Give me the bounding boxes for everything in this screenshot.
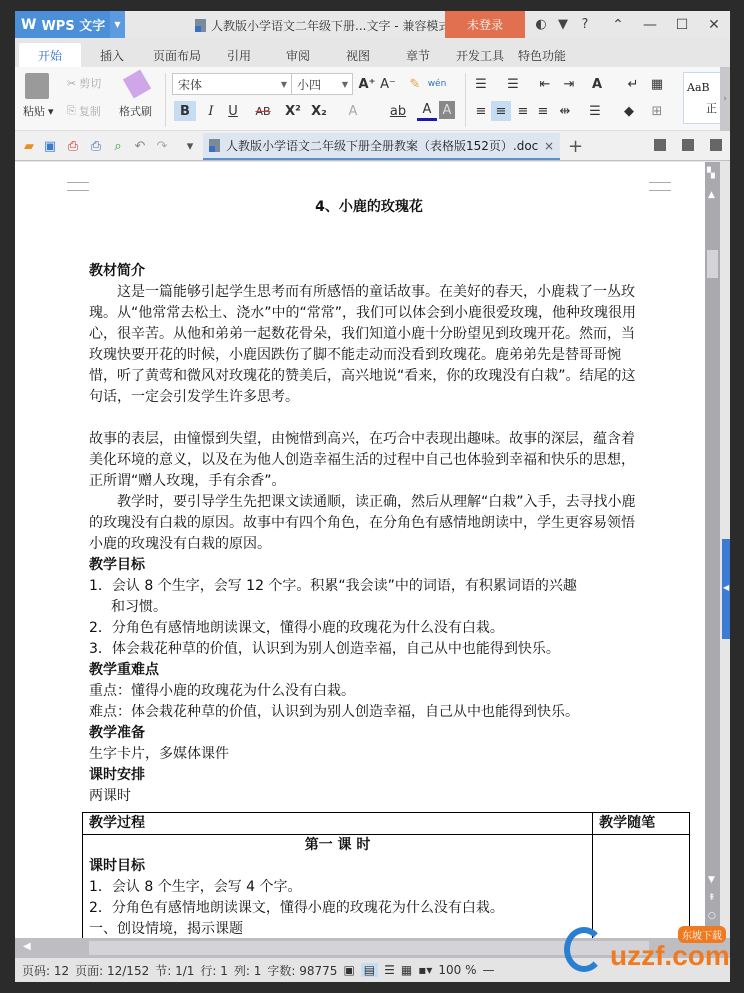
- tab-insert[interactable]: 插入: [81, 43, 143, 67]
- phonetic-guide-button[interactable]: wén: [427, 74, 447, 94]
- section-heading: 教学目标: [89, 555, 145, 576]
- login-button[interactable]: 未登录: [445, 11, 525, 38]
- app-name: WPS 文字: [41, 15, 105, 34]
- redo-icon[interactable]: ↷: [154, 138, 170, 154]
- quick-access-toolbar: ▰ ▣ ⎙ ⎙ ⌕ ↶ ↷ ▾ 人教版小学语文二年级下册全册教案（表格版152页…: [15, 131, 730, 161]
- app-menu-dropdown[interactable]: ▼: [110, 11, 125, 38]
- copy-icon: ⎘: [67, 104, 76, 118]
- objective-heading: 课时目标: [89, 856, 586, 877]
- page-number: 页码: 12: [22, 962, 69, 979]
- tab-chapter[interactable]: 章节: [387, 43, 449, 67]
- help-icon[interactable]: ?: [574, 17, 596, 32]
- paragraph: 生字卡片，多媒体课件: [89, 744, 645, 765]
- section-heading: 教学准备: [89, 723, 145, 744]
- vertical-scrollbar[interactable]: ▚ ▲ ▼ ⇞ ○ ⇟: [705, 162, 720, 938]
- bullets-icon[interactable]: ☰: [471, 74, 491, 94]
- side-panel-toggle[interactable]: ◀: [722, 539, 730, 639]
- section-heading: 教材简介: [89, 261, 145, 282]
- document-page[interactable]: 4、小鹿的玫瑰花 教材简介 这是一篇能够引起学生思考而有所感悟的童话故事。在美好…: [15, 162, 705, 938]
- web-view-icon[interactable]: ▦: [401, 963, 412, 977]
- align-center-icon[interactable]: ≡: [491, 101, 511, 121]
- table-icon[interactable]: ▦: [647, 74, 667, 94]
- highlight-icon[interactable]: ab: [388, 101, 408, 121]
- ribbon-tabs: 开始 插入 页面布局 引用 审阅 视图 章节 开发工具 特色功能: [15, 43, 573, 67]
- lesson-heading: 第一 课 时: [89, 835, 586, 856]
- fullscreen-icon[interactable]: ▣: [343, 963, 354, 977]
- paste-button[interactable]: 粘贴▾: [23, 103, 54, 119]
- numbering-icon[interactable]: ☰: [503, 74, 523, 94]
- watermark-badge: 东坡下载: [678, 926, 726, 943]
- open-folder-icon[interactable]: ▰: [21, 138, 37, 154]
- borders-icon[interactable]: ⊞: [647, 101, 667, 121]
- tab-references[interactable]: 引用: [211, 43, 267, 67]
- undo-icon[interactable]: ↶: [132, 138, 148, 154]
- paragraph: 难点：体会栽花种草的价值，认识到为别人创造幸福，自己从中也能得到快乐。: [89, 702, 645, 723]
- objective-item: 2．分角色有感情地朗读课文，懂得小鹿的玫瑰花为什么没有白栽。: [89, 898, 586, 919]
- section-indicator: 节: 1/1: [155, 962, 194, 979]
- new-tab-button[interactable]: +: [568, 136, 583, 157]
- shirt-icon[interactable]: ▼: [552, 17, 574, 32]
- zoom-out-button[interactable]: —: [483, 963, 495, 977]
- clear-format-button[interactable]: ✎: [405, 74, 425, 94]
- cut-button[interactable]: ✂剪切: [67, 75, 101, 91]
- list-item: 3．体会栽花种草的价值，认识到为别人创造幸福，自己从中也能得到快乐。: [89, 639, 645, 660]
- text-effect-icon[interactable]: A: [343, 101, 363, 121]
- watermark-logo: uzzf.com 东坡下载: [560, 922, 740, 977]
- font-name-select[interactable]: 宋体▼: [172, 73, 292, 95]
- decrease-indent-icon[interactable]: ⇤: [535, 74, 555, 94]
- font-size-value: 小四: [297, 76, 321, 93]
- objective-item: 1．会认 8 个生字，会写 4 个字。: [89, 877, 586, 898]
- save-icon[interactable]: ▣: [42, 138, 58, 154]
- line-spacing-icon[interactable]: ☰: [585, 101, 605, 121]
- align-left-icon[interactable]: ≡: [471, 101, 491, 121]
- paragraph: 重点：懂得小鹿的玫瑰花为什么没有白栽。: [89, 681, 645, 702]
- ribbon-expand-button[interactable]: ›: [720, 67, 730, 131]
- margin-marker: [649, 182, 671, 183]
- show-marks-icon[interactable]: ↵: [623, 74, 643, 94]
- paste-label: 粘贴: [23, 103, 45, 119]
- section-heading: 教学重难点: [89, 660, 159, 681]
- page-view-icon[interactable]: ▤: [361, 963, 378, 977]
- style-preview-text: AaB: [687, 81, 717, 94]
- increase-indent-icon[interactable]: ⇥: [559, 74, 579, 94]
- split-icon[interactable]: ▚: [707, 168, 715, 179]
- scroll-down-icon[interactable]: ▼: [708, 875, 715, 885]
- print-icon[interactable]: ⎙: [88, 138, 104, 154]
- menu-icon[interactable]: [710, 139, 722, 151]
- scroll-up-icon[interactable]: ▲: [708, 190, 715, 200]
- prev-page-icon[interactable]: ⇞: [708, 893, 716, 903]
- ribbon: 粘贴▾ ✂剪切 ⎘复制 格式刷 宋体▼ 小四▼ A⁺ A⁻ ✎ wén B I …: [15, 67, 730, 131]
- cloud-icon[interactable]: [682, 139, 694, 151]
- style-label: 正: [687, 100, 717, 116]
- word-doc-icon: [209, 139, 220, 152]
- layout-icon[interactable]: [654, 139, 666, 151]
- copy-label: 复制: [79, 103, 101, 119]
- format-painter-button[interactable]: 格式刷: [119, 103, 152, 119]
- paste-icon[interactable]: [25, 73, 49, 99]
- styles-gallery[interactable]: AaB正: [683, 72, 721, 124]
- subscript-button[interactable]: X₂: [309, 101, 329, 121]
- margin-marker: [67, 182, 89, 183]
- table-header: 教学过程: [83, 813, 593, 834]
- chevron-down-icon: ▼: [342, 80, 348, 89]
- section-heading: 课时安排: [89, 765, 145, 786]
- char-shading-icon[interactable]: A: [439, 101, 455, 119]
- strikethrough-button[interactable]: AB: [251, 101, 275, 121]
- document-tab[interactable]: 人教版小学语文二年级下册全册教案（表格版152页）.doc×: [203, 133, 560, 160]
- bold-button[interactable]: B: [174, 101, 196, 121]
- paragraph: 故事的表层，由憧憬到失望，由惋惜到高兴，在巧合中表现出趣味。故事的深层，蕴含着美…: [89, 429, 645, 492]
- close-tab-icon[interactable]: ×: [544, 139, 554, 153]
- paragraph: 两课时: [89, 786, 645, 807]
- tab-view[interactable]: 视图: [329, 43, 387, 67]
- line-indicator: 行: 1: [200, 962, 228, 979]
- italic-button[interactable]: I: [201, 101, 221, 121]
- lesson-title: 4、小鹿的玫瑰花: [89, 197, 649, 218]
- cut-label: 剪切: [79, 75, 101, 91]
- font-size-style-icon[interactable]: A: [587, 74, 607, 94]
- grow-font-button[interactable]: A⁺: [357, 74, 377, 94]
- list-item: 2．分角色有感情地朗读课文，懂得小鹿的玫瑰花为什么没有白栽。: [89, 618, 645, 639]
- wps-window: WWPS 文字 ▼ 人教版小学语文二年级下册...文字 - 兼容模式 未登录 ◐…: [15, 11, 730, 982]
- paragraph-shading-icon[interactable]: ◆: [619, 101, 639, 121]
- table-header: 教学随笔: [593, 813, 689, 834]
- page-count: 页面: 12/152: [75, 962, 149, 979]
- document-tab-label: 人教版小学语文二年级下册全册教案（表格版152页）.doc: [226, 137, 538, 154]
- tab-developer[interactable]: 开发工具: [449, 43, 511, 67]
- list-item: 1．会认 8 个生字，会写 12 个字。积累“我会读”中的词语，有积累词语的兴趣: [89, 576, 645, 597]
- shrink-font-button[interactable]: A⁻: [378, 74, 398, 94]
- paragraph: 教学时，要引导学生先把课文读通顺，读正确，然后从理解“白栽”入手，去寻找小鹿的玫…: [89, 492, 645, 555]
- format-painter-icon[interactable]: [123, 69, 151, 98]
- margin-marker: [649, 190, 671, 191]
- justify-icon[interactable]: ≡: [533, 101, 553, 121]
- minimize-button[interactable]: —: [634, 11, 666, 38]
- tab-page-layout[interactable]: 页面布局: [143, 43, 211, 67]
- wps-logo-icon: W: [21, 17, 36, 33]
- font-color-icon[interactable]: A: [417, 101, 437, 121]
- export-pdf-icon[interactable]: ⎙: [65, 138, 81, 154]
- step-heading: 一、创设情境，揭示课题: [89, 919, 586, 938]
- word-count[interactable]: 字数: 98775: [267, 962, 337, 979]
- superscript-button[interactable]: X²: [283, 101, 303, 121]
- window-title-text: 人教版小学语文二年级下册...文字 - 兼容模式: [211, 17, 450, 34]
- logo-swirl-icon: [564, 927, 604, 972]
- document-icon: [195, 19, 206, 32]
- distributed-icon[interactable]: ⇹: [555, 101, 575, 121]
- list-item-continued: 和习惯。: [89, 597, 645, 618]
- app-menu-button[interactable]: WWPS 文字: [15, 11, 125, 38]
- tab-review[interactable]: 审阅: [267, 43, 329, 67]
- tab-home[interactable]: 开始: [19, 43, 81, 67]
- align-right-icon[interactable]: ≡: [513, 101, 533, 121]
- print-preview-icon[interactable]: ⌕: [110, 138, 126, 154]
- lesson-table: 教学过程 教学随笔 第一 课 时 课时目标 1．会认 8 个生字，会写 4 个字…: [82, 812, 690, 938]
- zoom-level[interactable]: 100 %: [438, 963, 476, 977]
- title-bar: WWPS 文字 ▼ 人教版小学语文二年级下册...文字 - 兼容模式 未登录 ◐…: [15, 11, 730, 38]
- arrow-left-icon: ◀: [723, 583, 729, 592]
- tab-special[interactable]: 特色功能: [511, 43, 573, 67]
- paragraph: 这是一篇能够引起学生思考而有所感悟的童话故事。在美好的春天，小鹿栽了一丛玫瑰。从…: [89, 282, 645, 408]
- watermark-text: uzzf.com: [610, 940, 730, 972]
- chevron-down-icon: ▼: [281, 80, 287, 89]
- window-title: 人教版小学语文二年级下册...文字 - 兼容模式: [195, 17, 450, 34]
- font-size-select[interactable]: 小四▼: [291, 73, 353, 95]
- customize-toolbar-icon[interactable]: ▾: [182, 138, 198, 154]
- font-name-value: 宋体: [178, 76, 202, 93]
- outline-view-icon[interactable]: ☰: [384, 963, 395, 977]
- scroll-left-icon[interactable]: ◀: [23, 941, 31, 952]
- maximize-button[interactable]: ☐: [666, 11, 698, 38]
- close-button[interactable]: ✕: [698, 11, 730, 38]
- eye-protect-icon[interactable]: ▪▾: [418, 963, 432, 977]
- column-indicator: 列: 1: [234, 962, 262, 979]
- skin-icon[interactable]: ◐: [530, 17, 552, 32]
- scissors-icon: ✂: [67, 77, 76, 90]
- copy-button[interactable]: ⎘复制: [67, 103, 101, 119]
- browse-object-icon[interactable]: ○: [708, 911, 716, 921]
- underline-button[interactable]: U: [223, 101, 243, 121]
- vertical-scroll-thumb[interactable]: [707, 250, 718, 278]
- margin-marker: [67, 190, 89, 191]
- collapse-ribbon-button[interactable]: ⌃: [602, 11, 634, 38]
